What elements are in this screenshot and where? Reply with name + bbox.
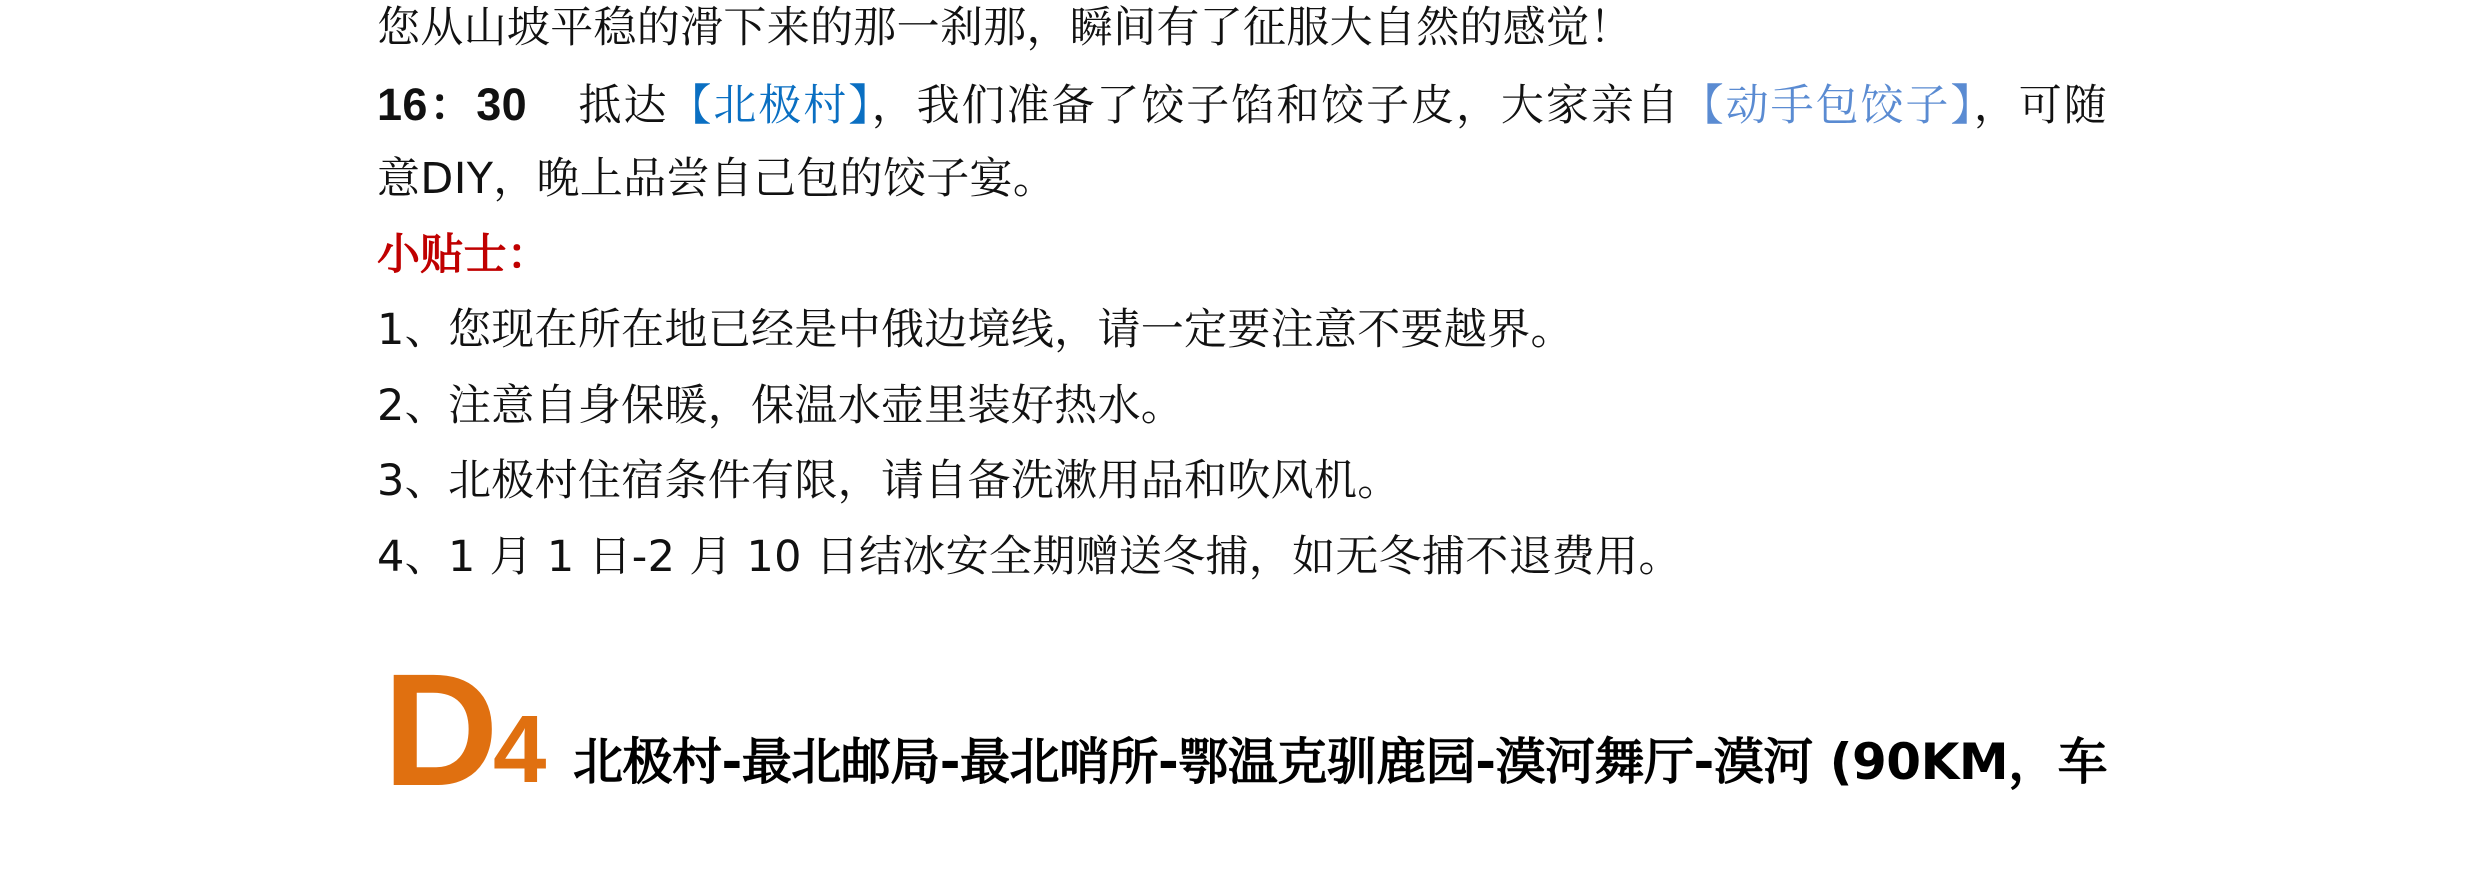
schedule-text-a: 抵达 <box>577 81 669 131</box>
tip-item-4: 4、1 月 1 日-2 月 10 日结冰安全期赠送冬捕，如无冬捕不退费用。 <box>377 520 2107 596</box>
schedule-text-c: ，可随 <box>1974 81 2107 131</box>
schedule-text-b: ，我们准备了饺子馅和饺子皮，大家亲自 <box>872 81 1681 131</box>
day-title: 北极村-最北邮局-最北哨所-鄂温克驯鹿园-漠河舞厅-漠河 (90KM，车 <box>573 732 2107 792</box>
tips-title: 小贴士： <box>377 218 2107 294</box>
schedule-time: 16：30 <box>377 79 527 130</box>
highlight-activity: 【动手包饺子】 <box>1681 81 1974 131</box>
tip-item-2: 2、注意自身保暖，保温水壶里装好热水。 <box>377 369 2107 445</box>
day-badge-letter: D <box>383 650 495 810</box>
highlight-place: 【北极村】 <box>668 81 871 131</box>
day-badge-number: 4 <box>493 702 546 798</box>
tip-item-1: 1、您现在所在地已经是中俄边境线，请一定要注意不要越界。 <box>377 293 2107 369</box>
intro-line: 您从山坡平稳的滑下来的那一刹那，瞬间有了征服大自然的感觉！ <box>377 0 2107 67</box>
schedule-continuation: 意DIY，晚上品尝自己包的饺子宴。 <box>377 142 2107 218</box>
tip-item-3: 3、北极村住宿条件有限，请自备洗漱用品和吹风机。 <box>377 444 2107 520</box>
itinerary-body: 您从山坡平稳的滑下来的那一刹那，瞬间有了征服大自然的感觉！ 16：30抵达【北极… <box>377 0 2107 595</box>
schedule-line: 16：30抵达【北极村】，我们准备了饺子馅和饺子皮，大家亲自【动手包饺子】，可随 <box>377 67 2107 143</box>
